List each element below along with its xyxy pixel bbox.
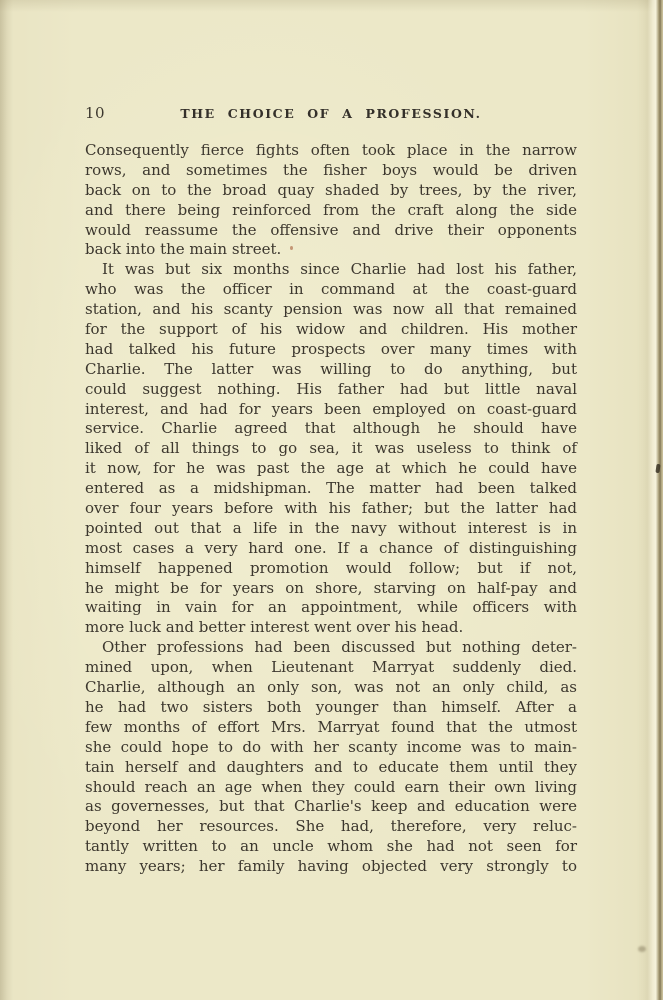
page-header: 10 THE CHOICE OF A PROFESSION. — [85, 104, 577, 124]
page-left-edge-shadow — [0, 0, 13, 1000]
text-line: few months of effort Mrs. Marryat found … — [85, 718, 577, 738]
text-line: It was but six months since Charlie had … — [85, 260, 577, 280]
text-line: tantly written to an uncle whom she had … — [85, 837, 577, 857]
text-line: more luck and better interest went over … — [85, 618, 577, 638]
text-line: who was the officer in command at the co… — [85, 280, 577, 300]
text-line: many years; her family having objected v… — [85, 857, 577, 877]
text-line: tain herself and daughters and to educat… — [85, 758, 577, 778]
text-line: service. Charlie agreed that although he… — [85, 419, 577, 439]
text-line: Charlie, although an only son, was not a… — [85, 678, 577, 698]
text-block: Consequently fierce fights often took pl… — [85, 141, 577, 877]
smudge-bottom-right — [638, 946, 646, 952]
running-title: THE CHOICE OF A PROFESSION. — [85, 106, 577, 121]
paragraph: Other professions had been discussed but… — [85, 638, 577, 877]
text-line: Consequently fierce fights often took pl… — [85, 141, 577, 161]
text-line: should reach an age when they could earn… — [85, 778, 577, 798]
text-line: interest, and had for years been employe… — [85, 400, 577, 420]
text-line: over four years before with his father; … — [85, 499, 577, 519]
text-line: and there being reinforced from the craf… — [85, 201, 577, 221]
text-line: station, and his scanty pension was now … — [85, 300, 577, 320]
text-line: had talked his future prospects over man… — [85, 340, 577, 360]
text-line: entered as a midshipman. The matter had … — [85, 479, 577, 499]
text-line: Charlie. The latter was willing to do an… — [85, 360, 577, 380]
text-line: he had two sisters both younger than him… — [85, 698, 577, 718]
paragraph: It was but six months since Charlie had … — [85, 260, 577, 638]
text-line: himself happened promotion would follow;… — [85, 559, 577, 579]
page-right-edge-shadow — [637, 0, 663, 1000]
text-line: would reassume the offensive and drive t… — [85, 221, 577, 241]
text-line: back into the main street. — [85, 240, 577, 260]
text-line: as governesses, but that Charlie's keep … — [85, 797, 577, 817]
text-line: beyond her resources. She had, therefore… — [85, 817, 577, 837]
text-line: he might be for years on shore, starving… — [85, 579, 577, 599]
paragraph: Consequently fierce fights often took pl… — [85, 141, 577, 260]
text-line: liked of all things to go sea, it was us… — [85, 439, 577, 459]
ink-mark-right-edge — [655, 464, 660, 473]
book-page-scan: 10 THE CHOICE OF A PROFESSION. Consequen… — [0, 0, 663, 1000]
text-line: for the support of his widow and childre… — [85, 320, 577, 340]
text-line: Other professions had been discussed but… — [85, 638, 577, 658]
text-line: it now, for he was past the age at which… — [85, 459, 577, 479]
text-line: most cases a very hard one. If a chance … — [85, 539, 577, 559]
text-line: could suggest nothing. His father had bu… — [85, 380, 577, 400]
text-line: rows, and sometimes the fisher boys woul… — [85, 161, 577, 181]
text-line: she could hope to do with her scanty inc… — [85, 738, 577, 758]
text-line: pointed out that a life in the navy with… — [85, 519, 577, 539]
text-line: back on to the broad quay shaded by tree… — [85, 181, 577, 201]
page-top-edge-shadow — [0, 0, 663, 12]
text-line: mined upon, when Lieutenant Marryat sudd… — [85, 658, 577, 678]
text-line: waiting in vain for an appointment, whil… — [85, 598, 577, 618]
